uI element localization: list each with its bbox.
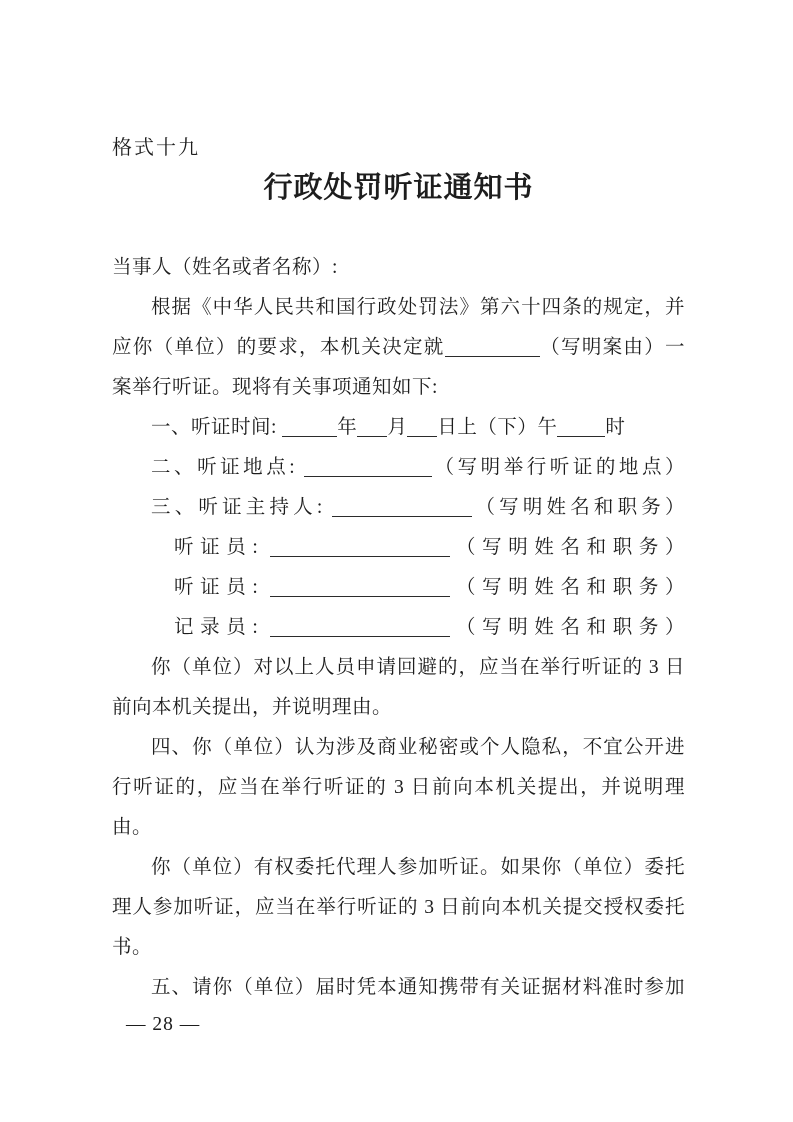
doc-text: 书。 [112, 937, 152, 958]
doc-body: 当事人（姓名或者名称）:根据《中华人民共和国行政处罚法》第六十四条的规定，并应你… [112, 248, 685, 1008]
doc-line: 记录员: （写明姓名和职务） [112, 608, 685, 648]
fill-in-blank [270, 594, 450, 597]
document-page: 格式十九 行政处罚听证通知书 当事人（姓名或者名称）:根据《中华人民共和国行政处… [0, 0, 793, 1122]
doc-text: 五、请你（单位）届时凭本通知携带有关证据材料准时参加 [151, 977, 685, 998]
doc-text: 年 [337, 417, 357, 438]
doc-text: 听证员: [174, 577, 270, 598]
doc-line: 二、听证地点: （写明举行听证的地点） [112, 448, 685, 488]
fill-in-blank [407, 434, 437, 437]
doc-line: 三、听证主持人: （写明姓名和职务） [112, 488, 685, 528]
doc-line: 应你（单位）的要求，本机关决定就（写明案由）一 [112, 328, 685, 368]
doc-text: 你（单位）有权委托代理人参加听证。如果你（单位）委托代 [151, 857, 685, 888]
doc-text: （写明举行听证的地点） [432, 457, 685, 478]
doc-text: 行听证的，应当在举行听证的 3 日前向本机关提出，并说明理 [112, 777, 685, 798]
doc-text: 三、听证主持人: [151, 497, 332, 518]
doc-text: 你（单位）对以上人员申请回避的，应当在举行听证的 3 日 [151, 657, 685, 678]
page-number: — 28 — [126, 1011, 200, 1039]
doc-line: 书。 [112, 928, 685, 968]
doc-line: 一、听证时间: 年月日上（下）午时 [112, 408, 685, 448]
doc-line: 行听证的，应当在举行听证的 3 日前向本机关提出，并说明理 [112, 768, 685, 808]
doc-text: 记录员: [174, 617, 270, 638]
fill-in-blank [270, 554, 450, 557]
doc-text: 二、听证地点: [151, 457, 304, 478]
doc-text: 理人参加听证，应当在举行听证的 3 日前向本机关提交授权委托 [112, 897, 685, 918]
doc-line: 四、你（单位）认为涉及商业秘密或个人隐私，不宜公开进 [112, 728, 685, 768]
doc-line: 听证员: （写明姓名和职务） [112, 528, 685, 568]
doc-text: 听证员: [174, 537, 270, 558]
doc-text: 日上（下）午 [437, 417, 557, 438]
doc-text: （写明姓名和职务） [450, 577, 685, 598]
fill-in-blank [357, 434, 387, 437]
doc-text: 根据《中华人民共和国行政处罚法》第六十四条的规定，并 [151, 297, 685, 318]
doc-line: 前向本机关提出，并说明理由。 [112, 688, 685, 728]
doc-line: 你（单位）有权委托代理人参加听证。如果你（单位）委托代 [112, 848, 685, 888]
doc-line: 案举行听证。现将有关事项通知如下: [112, 368, 685, 408]
doc-line: 听证员: （写明姓名和职务） [112, 568, 685, 608]
doc-line: 五、请你（单位）届时凭本通知携带有关证据材料准时参加 [112, 968, 685, 1008]
doc-line: 当事人（姓名或者名称）: [112, 248, 685, 288]
doc-text: 月 [387, 417, 407, 438]
doc-text: 一、听证时间: [151, 417, 282, 438]
doc-line: 根据《中华人民共和国行政处罚法》第六十四条的规定，并 [112, 288, 685, 328]
doc-text: （写明姓名和职务） [472, 497, 685, 518]
page-title: 行政处罚听证通知书 [112, 165, 685, 206]
doc-text: 前向本机关提出，并说明理由。 [112, 697, 392, 718]
format-label: 格式十九 [112, 131, 200, 160]
doc-text: 当事人（姓名或者名称）: [112, 257, 338, 278]
doc-line: 你（单位）对以上人员申请回避的，应当在举行听证的 3 日 [112, 648, 685, 688]
doc-text: 由。 [112, 817, 152, 838]
fill-in-blank [282, 434, 337, 437]
doc-text: （写明案由）一 [540, 337, 685, 358]
fill-in-blank [445, 354, 540, 357]
doc-line: 由。 [112, 808, 685, 848]
doc-text: 时 [605, 417, 625, 438]
doc-text: 应你（单位）的要求，本机关决定就 [112, 337, 445, 358]
fill-in-blank [332, 514, 472, 517]
doc-text: （写明姓名和职务） [450, 537, 685, 558]
doc-text: 四、你（单位）认为涉及商业秘密或个人隐私，不宜公开进 [151, 737, 685, 758]
fill-in-blank [304, 474, 432, 477]
doc-line: 理人参加听证，应当在举行听证的 3 日前向本机关提交授权委托 [112, 888, 685, 928]
doc-text: （写明姓名和职务） [450, 617, 685, 638]
fill-in-blank [270, 634, 450, 637]
fill-in-blank [557, 434, 605, 437]
doc-text: 案举行听证。现将有关事项通知如下: [112, 377, 438, 398]
